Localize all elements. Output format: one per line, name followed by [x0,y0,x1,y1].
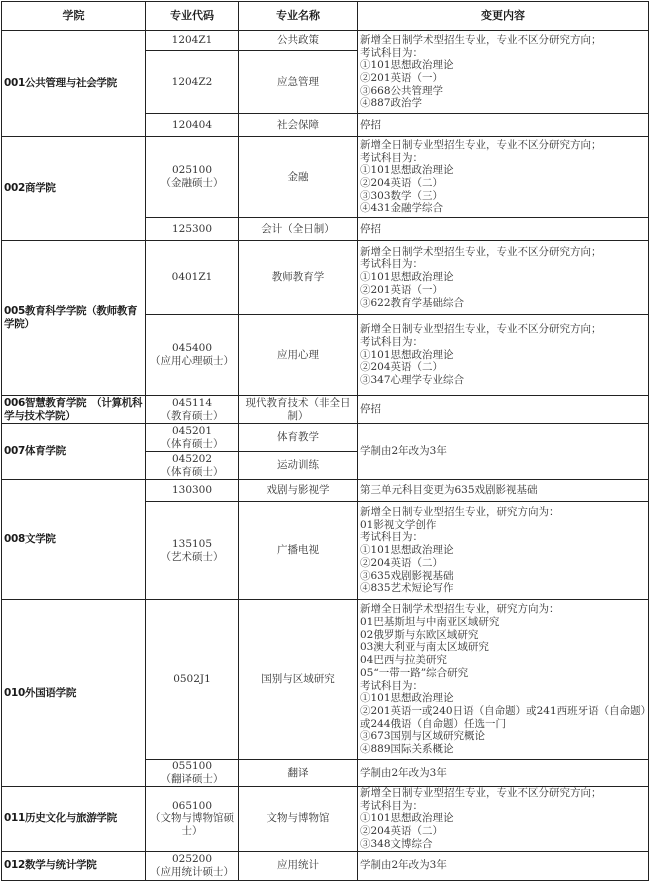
change-content-cell: 新增全日制学术型招生专业，研究方向为： 01巴基斯坦与中南亚区域研究 02俄罗斯… [358,600,649,760]
major-name-cell: 翻译 [239,760,358,787]
change-content-cell: 新增全日制专业型招生专业，专业不区分研究方向； 考试科目为： ①101思想政治理… [358,137,649,218]
change-content-cell: 新增全日制专业型招生专业，专业不区分研究方向； 考试科目为： ①101思想政治理… [358,787,649,852]
college-cell: 007体育学院 [2,424,146,480]
change-content-cell: 停招 [358,114,649,137]
change-content-cell: 新增全日制学术型招生专业，专业不区分研究方向； 考试科目为： ①101思想政治理… [358,241,649,315]
major-name-cell: 文物与博物馆 [239,787,358,852]
major-code-cell: 045202 （体育硕士） [146,452,239,480]
header-major-name: 专业名称 [239,2,358,31]
change-content-cell: 新增全日制学术型招生专业，专业不区分研究方向； 考试科目为： ①101思想政治理… [358,31,649,114]
table-row: 002商学院 025100 （金融硕士） 金融 新增全日制专业型招生专业，专业不… [2,137,649,218]
college-cell: 010外国语学院 [2,600,146,787]
major-code-cell: 1204Z1 [146,31,239,51]
major-code-cell: 055100 （翻译硕士） [146,760,239,787]
header-major-code: 专业代码 [146,2,239,31]
college-cell: 011历史文化与旅游学院 [2,787,146,852]
change-content-cell: 学制由2年改为3年 [358,760,649,787]
major-code-cell: 130300 [146,480,239,502]
college-cell: 006智慧教育学院 （计算机科学与技术学院） [2,396,146,424]
change-content-cell: 第三单元科目变更为635戏剧影视基础 [358,480,649,502]
change-content-cell: 学制由2年改为3年 [358,851,649,880]
college-cell: 008文学院 [2,480,146,600]
table-row: 006智慧教育学院 （计算机科学与技术学院） 045114 （教育硕士） 现代教… [2,396,649,424]
header-college: 学院 [2,2,146,31]
major-name-cell: 公共政策 [239,31,358,51]
major-name-cell: 应用统计 [239,851,358,880]
major-code-cell: 120404 [146,114,239,137]
change-content-cell: 新增全日制专业型招生专业，专业不区分研究方向； 考试科目为： ①101思想政治理… [358,315,649,396]
major-code-cell: 045114 （教育硕士） [146,396,239,424]
change-content-cell: 停招 [358,396,649,424]
table-row: 007体育学院 045201 （体育硕士） 体育教学 学制由2年改为3年 [2,424,649,452]
major-name-cell: 戏剧与影视学 [239,480,358,502]
change-content-cell: 学制由2年改为3年 [358,424,649,480]
major-name-cell: 社会保障 [239,114,358,137]
table-row: 012数学与统计学院 025200 （应用统计硕士） 应用统计 学制由2年改为3… [2,851,649,880]
table-row: 001公共管理与社会学院 1204Z1 公共政策 新增全日制学术型招生专业，专业… [2,31,649,51]
table-row: 005教育科学学院（教师教育学院） 0401Z1 教师教育学 新增全日制学术型招… [2,241,649,315]
table-row: 008文学院 130300 戏剧与影视学 第三单元科目变更为635戏剧影视基础 [2,480,649,502]
change-content-cell: 停招 [358,218,649,241]
major-code-cell: 1204Z2 [146,51,239,114]
college-cell: 002商学院 [2,137,146,241]
major-code-cell: 0401Z1 [146,241,239,315]
enrollment-changes-table: 学院 专业代码 专业名称 变更内容 001公共管理与社会学院 1204Z1 公共… [1,1,649,881]
major-name-cell: 国别与区域研究 [239,600,358,760]
major-name-cell: 会计（全日制） [239,218,358,241]
major-code-cell: 065100 （文物与博物馆硕士） [146,787,239,852]
major-name-cell: 应用心理 [239,315,358,396]
major-code-cell: 135105 （艺术硕士） [146,502,239,600]
major-name-cell: 教师教育学 [239,241,358,315]
college-cell: 012数学与统计学院 [2,851,146,880]
major-name-cell: 应急管理 [239,51,358,114]
header-row: 学院 专业代码 专业名称 变更内容 [2,2,649,31]
table-row: 010外国语学院 0502J1 国别与区域研究 新增全日制学术型招生专业，研究方… [2,600,649,760]
change-content-cell: 新增全日制专业型招生专业，研究方向为： 01影视文学创作 考试科目为： ①101… [358,502,649,600]
major-code-cell: 025100 （金融硕士） [146,137,239,218]
major-name-cell: 金融 [239,137,358,218]
major-code-cell: 025200 （应用统计硕士） [146,851,239,880]
college-cell: 001公共管理与社会学院 [2,31,146,137]
header-change-content: 变更内容 [358,2,649,31]
major-name-cell: 广播电视 [239,502,358,600]
table-row: 011历史文化与旅游学院 065100 （文物与博物馆硕士） 文物与博物馆 新增… [2,787,649,852]
major-code-cell: 125300 [146,218,239,241]
major-code-cell: 0502J1 [146,600,239,760]
major-code-cell: 045201 （体育硕士） [146,424,239,452]
major-code-cell: 045400 （应用心理硕士） [146,315,239,396]
major-name-cell: 运动训练 [239,452,358,480]
major-name-cell: 现代教育技术（非全日制） [239,396,358,424]
college-cell: 005教育科学学院（教师教育学院） [2,241,146,396]
major-name-cell: 体育教学 [239,424,358,452]
